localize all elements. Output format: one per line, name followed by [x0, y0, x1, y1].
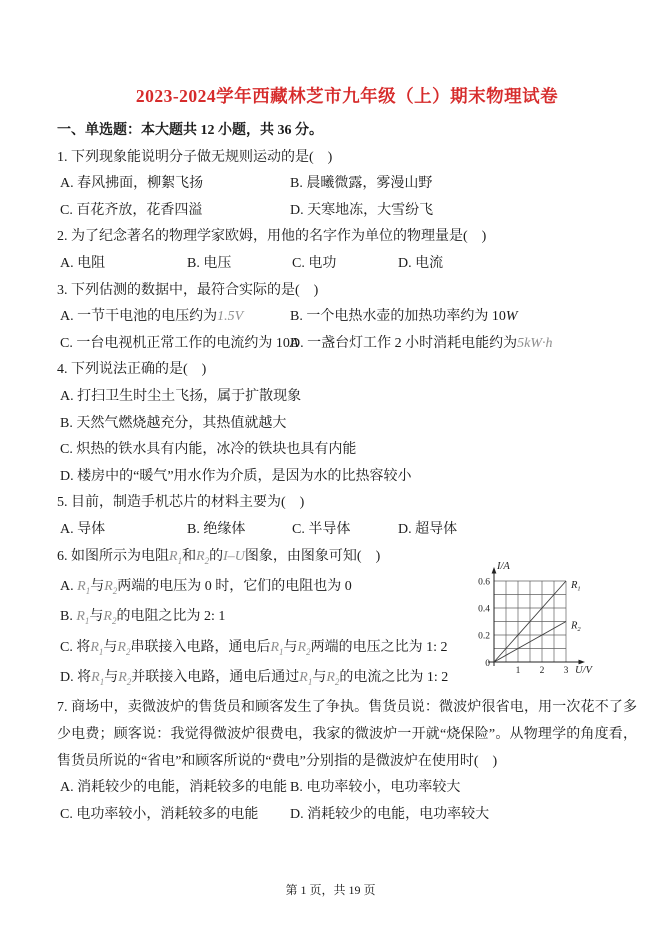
question-5-stem: 5. 目前，制造手机芯片的材料主要为( )	[57, 490, 637, 517]
question-4: 4. 下列说法正确的是( ) A. 打扫卫生时尘土飞扬，属于扩散现象 B. 天然…	[57, 357, 637, 490]
question-5-options: A. 导体 B. 绝缘体 C. 半导体 D. 超导体	[57, 517, 637, 544]
option-d: D. 一盏台灯工作 2 小时消耗电能约为5kW·h	[290, 331, 637, 358]
option-d: D. 超导体	[398, 517, 637, 544]
svg-text:1: 1	[516, 666, 521, 676]
iu-graph: 1230.20.40.60I/AU/VR1R2	[468, 556, 618, 680]
option-b: B. 天然气燃烧越充分，其热值就越大	[60, 411, 637, 438]
option-a: A. 消耗较少的电能，消耗较多的电能	[60, 775, 290, 802]
question-3-stem: 3. 下列估测的数据中，最符合实际的是( )	[57, 278, 637, 305]
question-4-stem: 4. 下列说法正确的是( )	[57, 357, 637, 384]
option-d: D. 电流	[398, 251, 637, 278]
section-header: 一、单选题：本大题共 12 小题，共 36 分。	[57, 118, 637, 145]
option-b: B. 晨曦微露，雾漫山野	[290, 171, 637, 198]
question-2-stem: 2. 为了纪念著名的物理学家欧姆，用他的名字作为单位的物理量是( )	[57, 224, 637, 251]
question-7-options: A. 消耗较少的电能，消耗较多的电能 B. 电功率较小，电功率较大 C. 电功率…	[57, 775, 637, 828]
option-c: C. 半导体	[292, 517, 398, 544]
question-3-options: A. 一节干电池的电压约为1.5V B. 一个电热水壶的加热功率约为 10W C…	[57, 304, 637, 357]
question-7-stem: 7. 商场中，卖微波炉的售货员和顾客发生了争执。售货员说：微波炉很省电，用一次花…	[57, 695, 637, 775]
svg-text:I/A: I/A	[496, 561, 510, 572]
option-c: C. 炽热的铁水具有内能，冰冷的铁块也具有内能	[60, 437, 637, 464]
question-2-options: A. 电阻 B. 电压 C. 电功 D. 电流	[57, 251, 637, 278]
question-1-stem: 1. 下列现象能说明分子做无规则运动的是( )	[57, 145, 637, 172]
option-a: A. 春风拂面，柳絮飞扬	[60, 171, 290, 198]
option-a: A. 导体	[60, 517, 187, 544]
option-d: D. 天寒地冻，大雪纷飞	[290, 198, 637, 225]
iu-graph-svg: 1230.20.40.60I/AU/VR1R2	[468, 556, 618, 680]
page-title: 2023-2024学年西藏林芝市九年级（上）期末物理试卷	[57, 84, 637, 109]
question-1-options: A. 春风拂面，柳絮飞扬 B. 晨曦微露，雾漫山野 C. 百花齐放，花香四溢 D…	[57, 171, 637, 224]
option-c: C. 电功	[292, 251, 398, 278]
page-footer: 第 1 页，共 19 页	[0, 881, 661, 898]
exam-content: 2023-2024学年西藏林芝市九年级（上）期末物理试卷 一、单选题：本大题共 …	[0, 0, 661, 828]
question-2: 2. 为了纪念著名的物理学家欧姆，用他的名字作为单位的物理量是( ) A. 电阻…	[57, 224, 637, 277]
svg-text:R2: R2	[570, 620, 581, 633]
option-c: C. 一台电视机正常工作的电流约为 10A	[60, 331, 290, 358]
question-4-options: A. 打扫卫生时尘土飞扬，属于扩散现象 B. 天然气燃烧越充分，其热值就越大 C…	[57, 384, 637, 490]
question-6: 6. 如图所示为电阻R1和R2的I–U图象，由图象可知( ) A. R1与R2两…	[57, 544, 637, 696]
question-1: 1. 下列现象能说明分子做无规则运动的是( ) A. 春风拂面，柳絮飞扬 B. …	[57, 145, 637, 225]
option-b: B. 电压	[187, 251, 292, 278]
chart-labels: 1230.20.40.60I/AU/VR1R2	[478, 561, 593, 676]
svg-text:2: 2	[540, 666, 545, 676]
svg-text:R1: R1	[570, 580, 581, 593]
x-axis-arrow	[579, 659, 586, 664]
svg-text:3: 3	[564, 666, 569, 676]
option-a: A. 电阻	[60, 251, 187, 278]
svg-text:0.4: 0.4	[478, 604, 490, 614]
option-a: A. 打扫卫生时尘土飞扬，属于扩散现象	[60, 384, 637, 411]
option-b: B. 绝缘体	[187, 517, 292, 544]
question-3: 3. 下列估测的数据中，最符合实际的是( ) A. 一节干电池的电压约为1.5V…	[57, 278, 637, 358]
option-b: B. 一个电热水壶的加热功率约为 10W	[290, 304, 637, 331]
svg-text:0.2: 0.2	[478, 631, 490, 641]
option-d: D. 消耗较少的电能，电功率较大	[290, 802, 637, 829]
option-a: A. 一节干电池的电压约为1.5V	[60, 304, 290, 331]
question-7: 7. 商场中，卖微波炉的售货员和顾客发生了争执。售货员说：微波炉很省电，用一次花…	[57, 695, 637, 828]
y-axis-arrow	[492, 567, 497, 574]
option-d: D. 楼房中的“暖气”用水作为介质，是因为水的比热容较小	[60, 464, 637, 491]
option-b: B. 电功率较小，电功率较大	[290, 775, 637, 802]
option-c: C. 电功率较小，消耗较多的电能	[60, 802, 290, 829]
svg-text:0: 0	[485, 659, 490, 669]
svg-text:U/V: U/V	[575, 665, 594, 676]
option-c: C. 百花齐放，花香四溢	[60, 198, 290, 225]
exam-page: 2023-2024学年西藏林芝市九年级（上）期末物理试卷 一、单选题：本大题共 …	[0, 0, 661, 935]
svg-text:0.6: 0.6	[478, 577, 490, 587]
question-5: 5. 目前，制造手机芯片的材料主要为( ) A. 导体 B. 绝缘体 C. 半导…	[57, 490, 637, 543]
